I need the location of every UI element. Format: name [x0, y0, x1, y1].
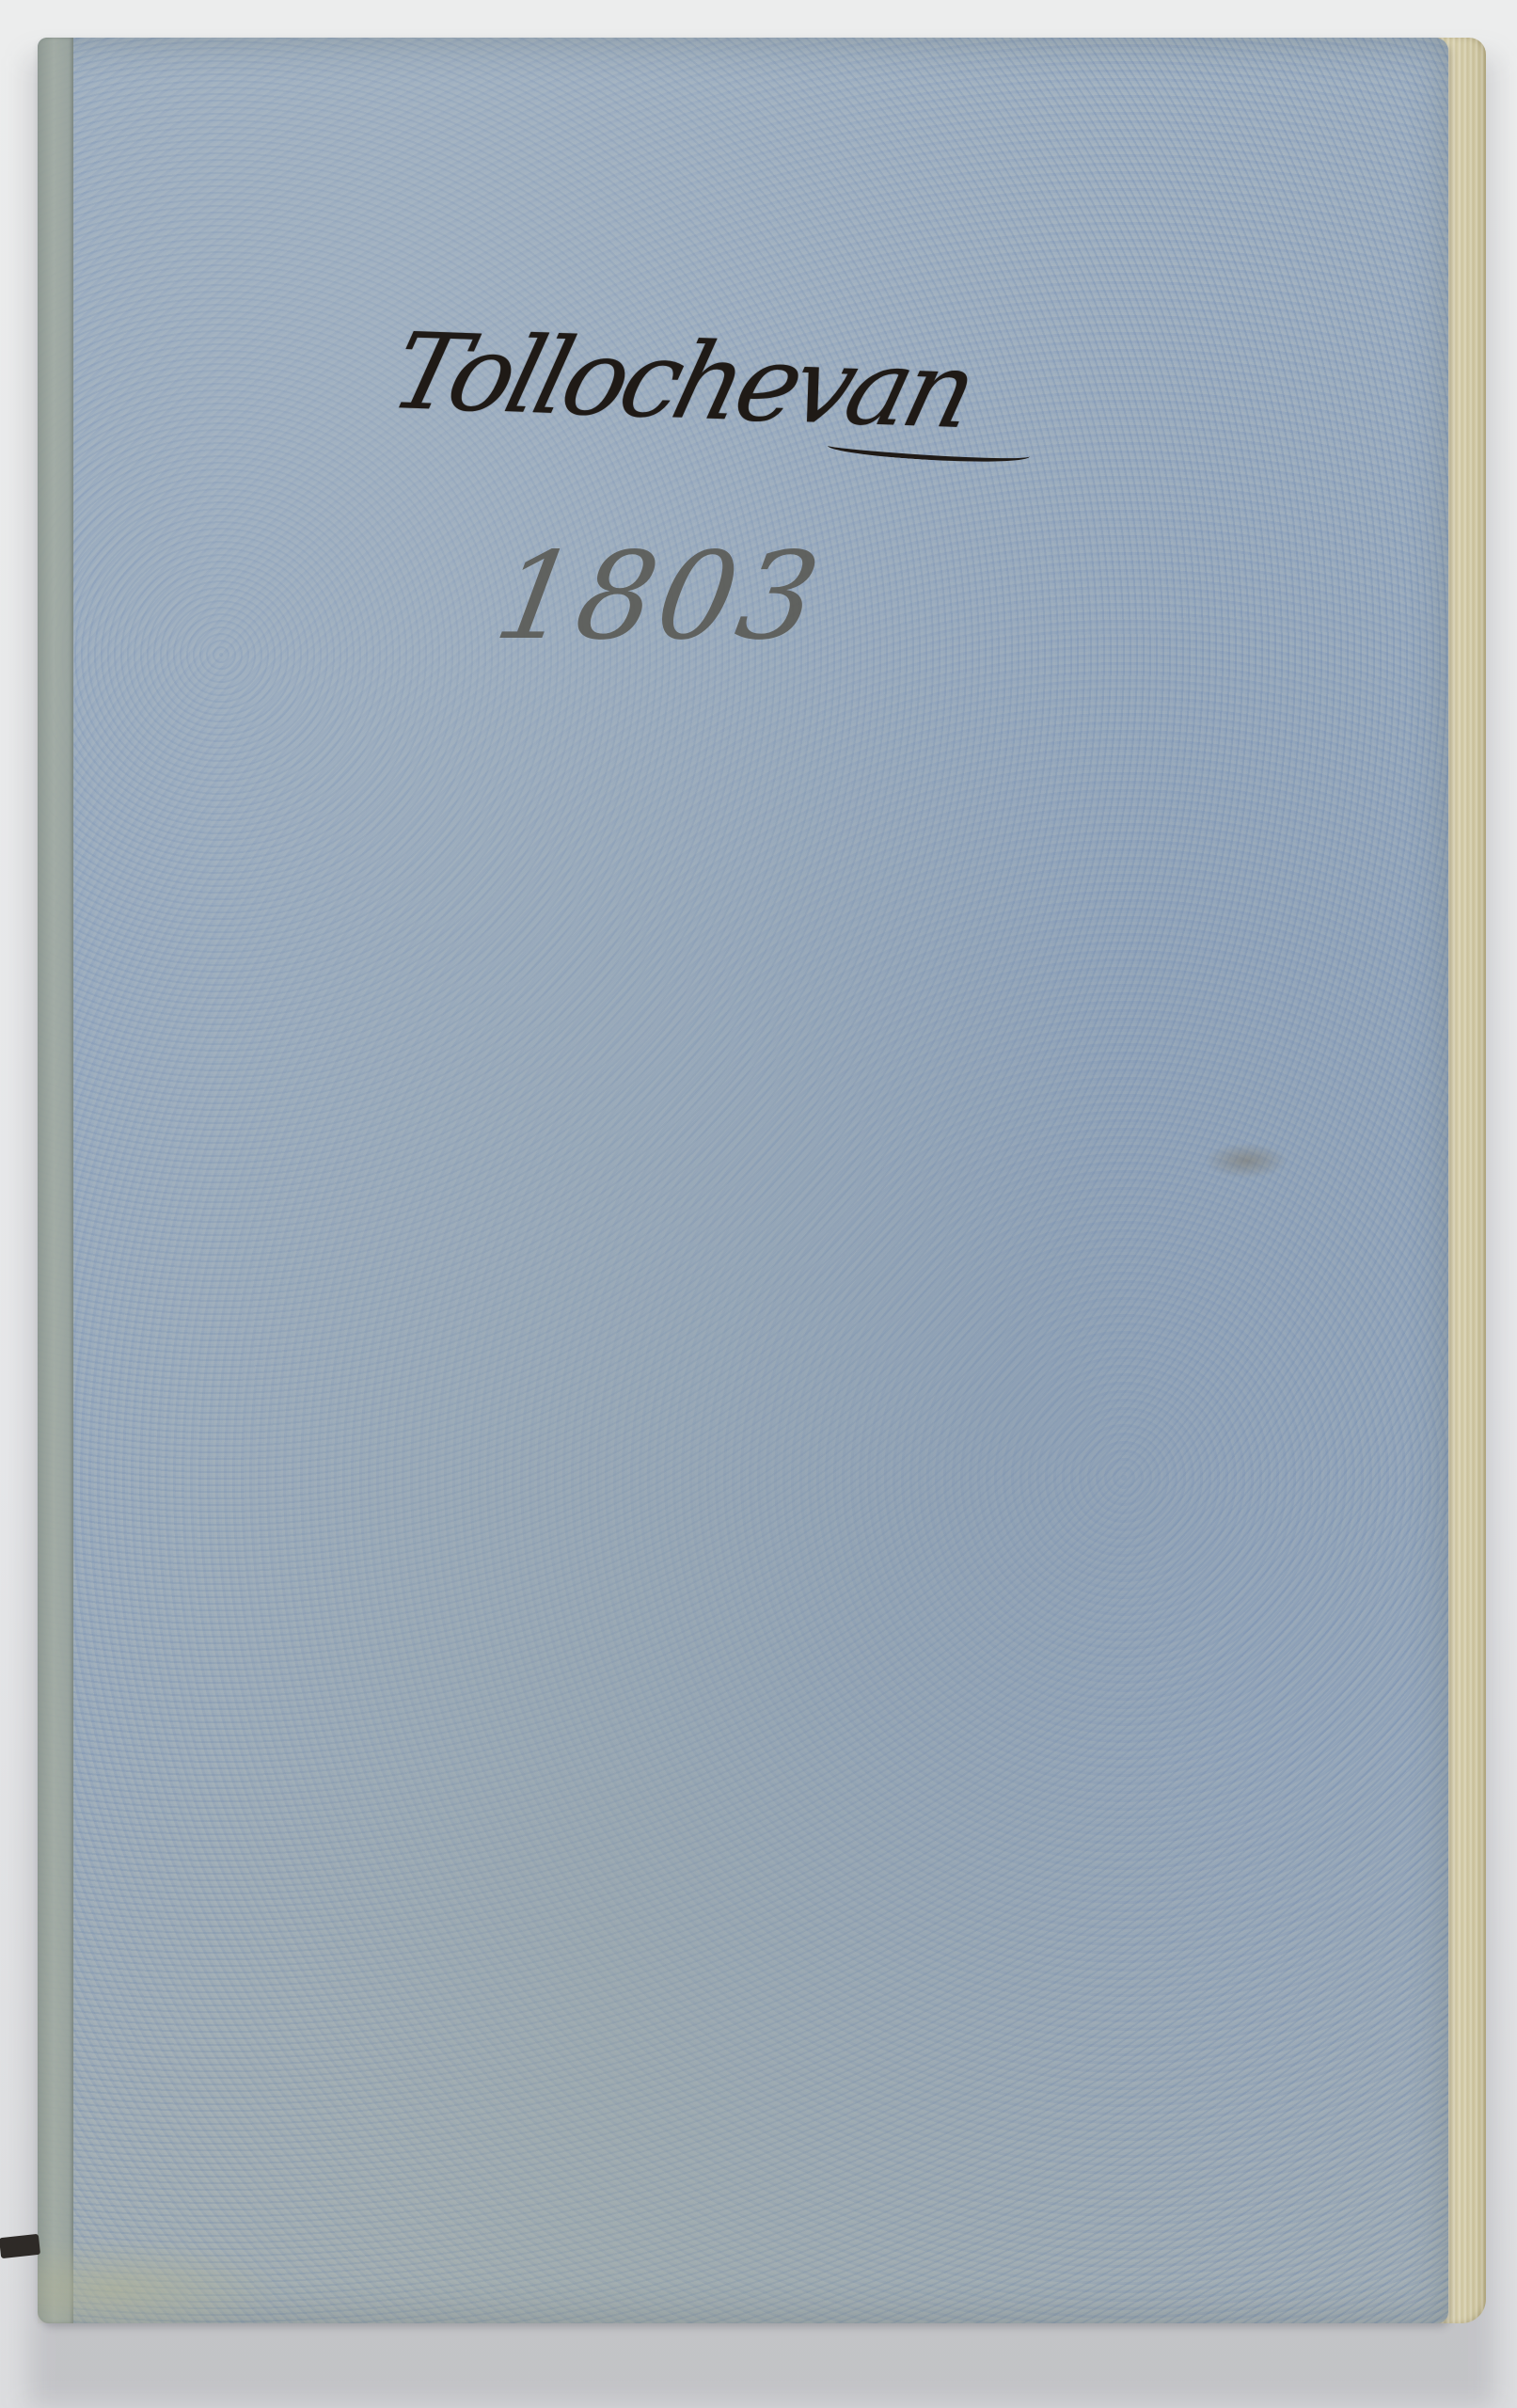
spine-fold	[38, 38, 73, 2323]
handwritten-date: 1803	[486, 527, 832, 667]
handwritten-title: Tollochevan	[380, 311, 984, 452]
cover-stain	[1204, 1143, 1288, 1179]
corner-wear	[38, 2239, 282, 2323]
binding-thread	[0, 2234, 40, 2258]
photo-scene: Tollochevan 1803	[0, 0, 1517, 2408]
